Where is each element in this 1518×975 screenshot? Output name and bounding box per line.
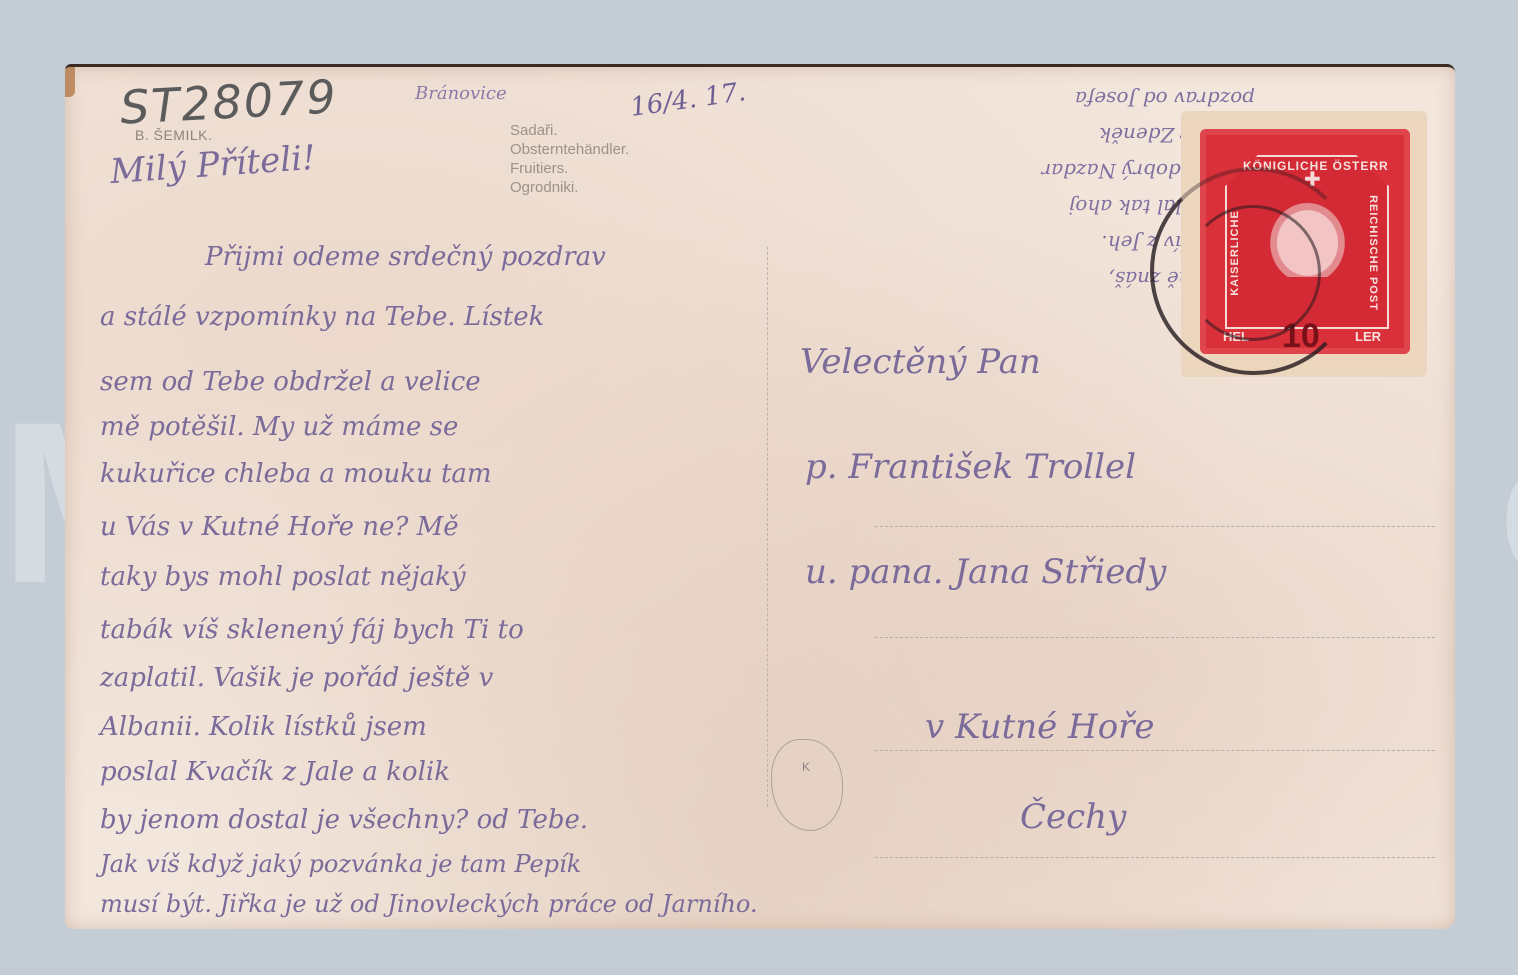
message-line: Přijmi odeme srdečný pozdrav	[205, 242, 606, 272]
postmark-inner-circle	[1185, 205, 1321, 341]
address-care-of: u. pana. Jana Střiedy	[805, 552, 1166, 592]
printer-name: B. ŠEMILK.	[135, 127, 212, 143]
address-name: p. František Trollel	[805, 447, 1136, 487]
message-line: musí být. Jiřka je už od Jinovleckých pr…	[100, 890, 758, 918]
postcard-back: ST28079 B. ŠEMILK. Bránovice 16/4. 17. S…	[65, 64, 1455, 929]
message-greeting: Milý Příteli!	[109, 138, 317, 192]
message-line: mě potěšil. My už máme se	[100, 412, 458, 442]
message-line: zaplatil. Vašik je pořád ještě v	[100, 663, 493, 693]
trade-line: Obsterntehändler.	[510, 140, 629, 159]
trade-line: Fruitiers.	[510, 159, 629, 178]
message-line: tabák víš sklenený fáj bych Ti to	[100, 615, 524, 645]
trade-line: Sadaři.	[510, 121, 629, 140]
stamp-text-right: REICHISCHE POST	[1367, 168, 1379, 338]
center-divider	[767, 247, 768, 807]
message-line: by jenom dostal je všechny? od Tebe.	[100, 805, 588, 835]
address-country: Čechy	[1020, 797, 1126, 837]
address-salutation: Velectěný Pan	[800, 342, 1041, 382]
trade-caption: Sadaři. Obsterntehändler. Fruitiers. Ogr…	[510, 121, 629, 197]
address-line	[875, 637, 1435, 638]
address-line	[875, 526, 1435, 527]
message-line: Jak víš když jaký pozvánka je tam Pepík	[100, 850, 581, 878]
publisher-logo-icon: K	[771, 739, 843, 831]
stamp-currency-right: LER	[1355, 329, 1381, 344]
handwritten-place: Bránovice	[415, 83, 507, 104]
address-line	[875, 857, 1435, 858]
message-line: poslal Kvačík z Jale a kolik	[100, 757, 450, 787]
handwritten-date: 16/4. 17.	[628, 77, 747, 123]
message-line: Albanii. Kolik lístků jsem	[100, 712, 427, 742]
address-line	[875, 750, 1435, 751]
message-line: kukuřice chleba a mouku tam	[100, 459, 492, 489]
message-line: u Vás v Kutné Hoře ne? Mě	[100, 512, 459, 542]
message-line: a stálé vzpomínky na Tebe. Lístek	[100, 302, 544, 332]
trade-line: Ogrodniki.	[510, 178, 629, 197]
message-line: taky bys mohl poslat nějaký	[100, 562, 466, 592]
message-line: sem od Tebe obdržel a velice	[100, 367, 481, 397]
address-city: v Kutné Hoře	[925, 707, 1155, 747]
sku-label: ST28079	[119, 69, 339, 134]
